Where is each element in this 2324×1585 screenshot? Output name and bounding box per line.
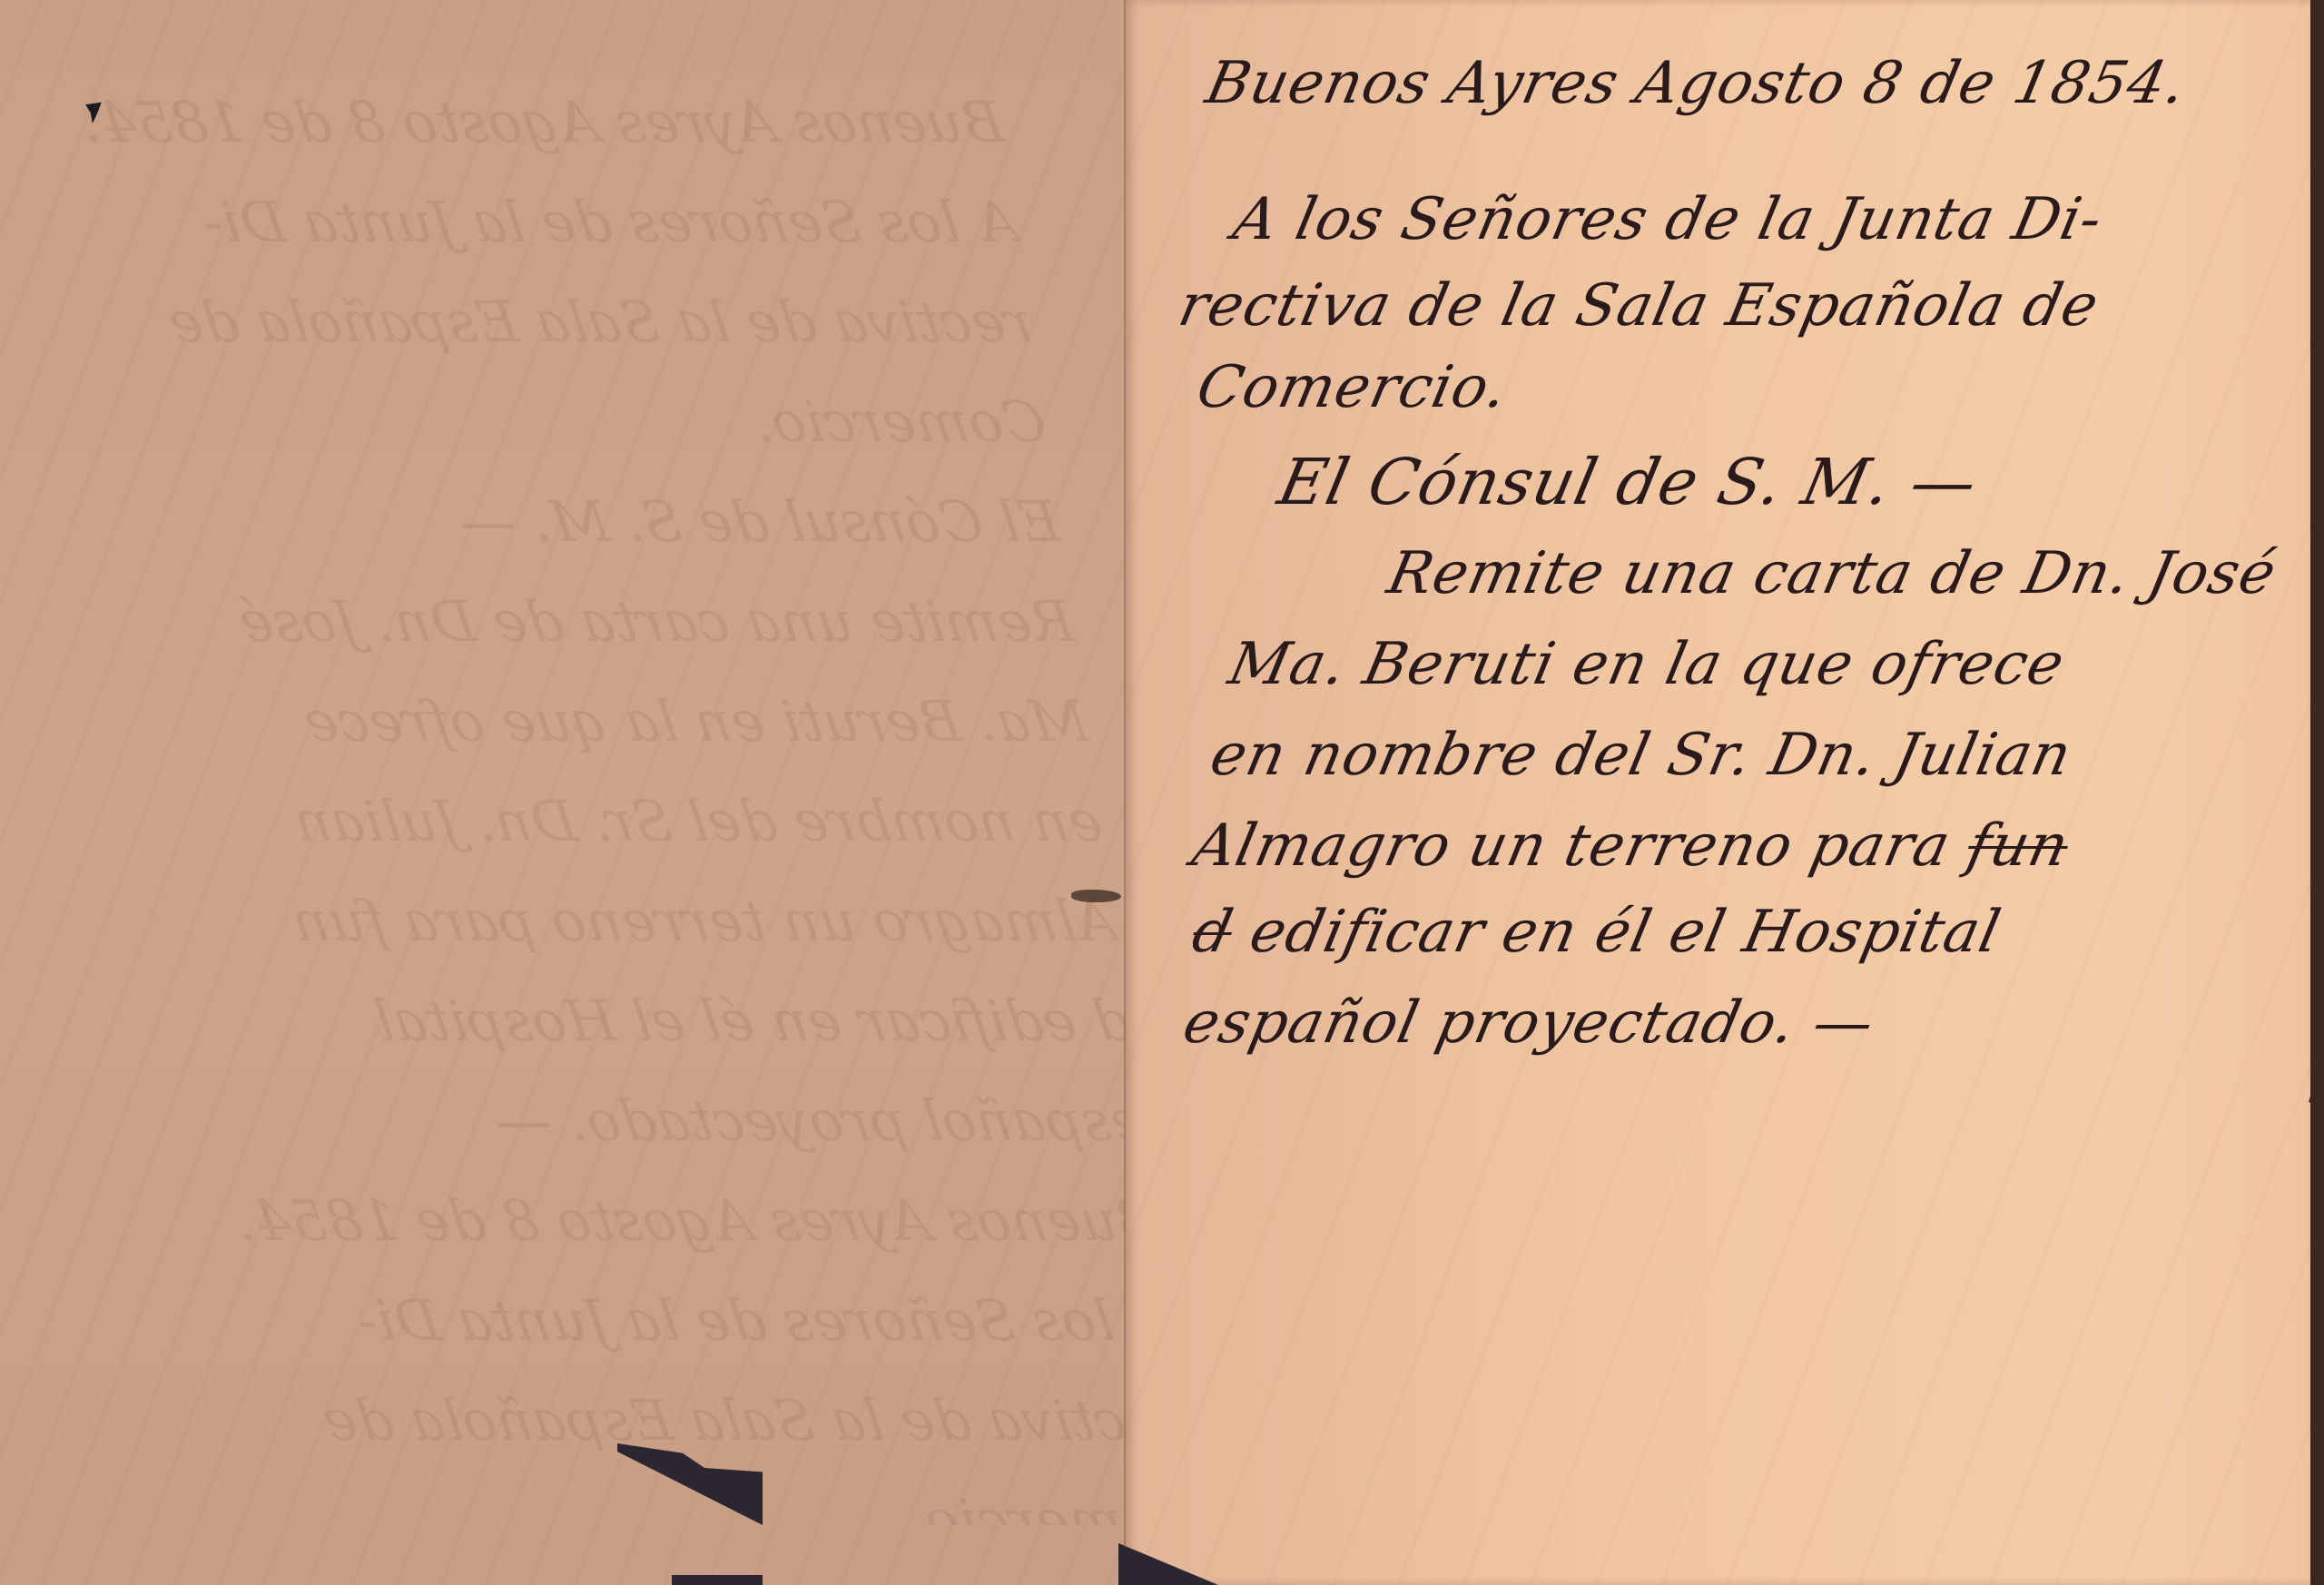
struck-text: fun [1962, 812, 2075, 880]
body-line: español proyectado. — [1177, 989, 1880, 1057]
ink-bleedthrough: Buenos Ayres Agosto 8 de 1854. A los Señ… [0, 73, 1200, 1525]
body-line: Remite una carta de Dn. José [1382, 540, 2282, 607]
body-line: Almagro un terreno para fun [1187, 812, 2075, 880]
ink-blot [1071, 890, 1121, 902]
body-line: en nombre del Sr. Dn. Julian [1205, 722, 2078, 789]
body-text: Almagro un terreno para [1187, 812, 1975, 880]
document-spread: Buenos Ayres Agosto 8 de 1854. A los Señ… [0, 0, 2324, 1585]
sender-line: El Cónsul de S. M. — [1272, 445, 1984, 519]
body-line: d edificar en él el Hospital [1187, 899, 2006, 966]
left-page: Buenos Ayres Agosto 8 de 1854. A los Señ… [0, 0, 1126, 1585]
page-edge-shadow [2310, 0, 2324, 1585]
address-line: rectiva de la Sala Española de [1173, 272, 2104, 340]
body-text: edificar en él el Hospital [1225, 899, 2006, 966]
body-line: Ma. Beruti en la que ofrece [1223, 631, 2071, 698]
address-line: A los Señores de la Junta Di- [1227, 186, 2108, 253]
address-line: Comercio. [1191, 354, 1513, 421]
paper-tear [672, 1575, 763, 1585]
dateline: Buenos Ayres Agosto 8 de 1854. [1200, 50, 2192, 117]
